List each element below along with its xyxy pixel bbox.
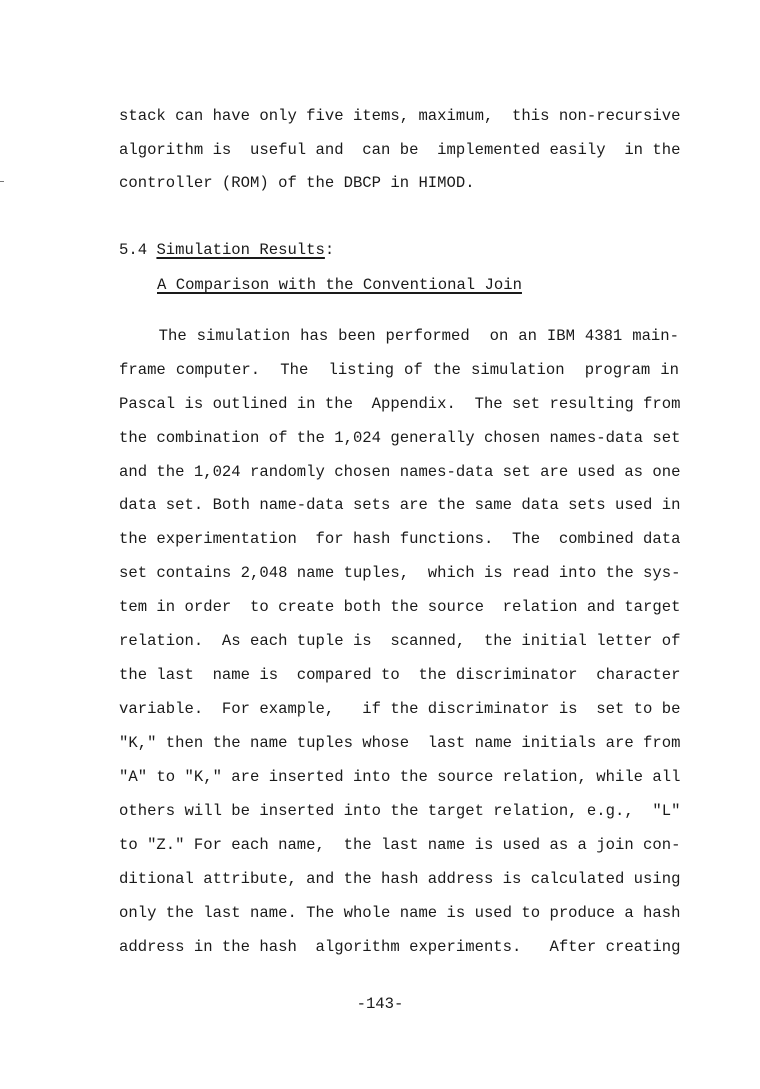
section-subtitle: A Comparison with the Conventional Join	[157, 275, 522, 295]
body-line-2: frame computer. The listing of the simul…	[119, 360, 679, 380]
body-line-12: variable. For example, if the discrimina…	[119, 699, 679, 719]
body-line-13: "K," then the name tuples whose last nam…	[119, 733, 679, 753]
section-heading: 5.4 Simulation Results:	[119, 240, 334, 260]
body-line-18: only the last name. The whole name is us…	[119, 903, 679, 923]
body-line-8: set contains 2,048 name tuples, which is…	[119, 563, 679, 583]
body-line-14: "A" to "K," are inserted into the source…	[119, 767, 679, 787]
section-subtitle-text: A Comparison with the Conventional Join	[157, 276, 522, 294]
body-line-6: data set. Both name-data sets are the sa…	[119, 495, 679, 515]
body-line-16: to "Z." For each name, the last name is …	[119, 835, 679, 855]
body-line-15: others will be inserted into the target …	[119, 801, 679, 821]
body-line-3: Pascal is outlined in the Appendix. The …	[119, 394, 679, 414]
body-line-4: the combination of the 1,024 generally c…	[119, 428, 679, 448]
body-line-11: the last name is compared to the discrim…	[119, 665, 679, 685]
body-line-9: tem in order to create both the source r…	[119, 597, 679, 617]
body-line-10: relation. As each tuple is scanned, the …	[119, 631, 679, 651]
document-page: stack can have only five items, maximum,…	[0, 0, 760, 1089]
page-number: -143-	[0, 994, 760, 1014]
body-line-19: address in the hash algorithm experiment…	[119, 937, 679, 957]
intro-line-2: algorithm is useful and can be implement…	[119, 140, 679, 160]
intro-line-1: stack can have only five items, maximum,…	[119, 106, 679, 126]
body-line-7: the experimentation for hash functions. …	[119, 529, 679, 549]
body-line-5: and the 1,024 randomly chosen names-data…	[119, 462, 679, 482]
margin-mark	[0, 181, 4, 182]
body-line-17: ditional attribute, and the hash address…	[119, 869, 679, 889]
intro-line-3: controller (ROM) of the DBCP in HIMOD.	[119, 173, 679, 193]
body-line-1: The simulation has been performed on an …	[119, 326, 679, 346]
section-title: Simulation Results	[156, 241, 324, 259]
section-title-suffix: :	[325, 241, 334, 259]
section-number: 5.4	[119, 241, 156, 259]
